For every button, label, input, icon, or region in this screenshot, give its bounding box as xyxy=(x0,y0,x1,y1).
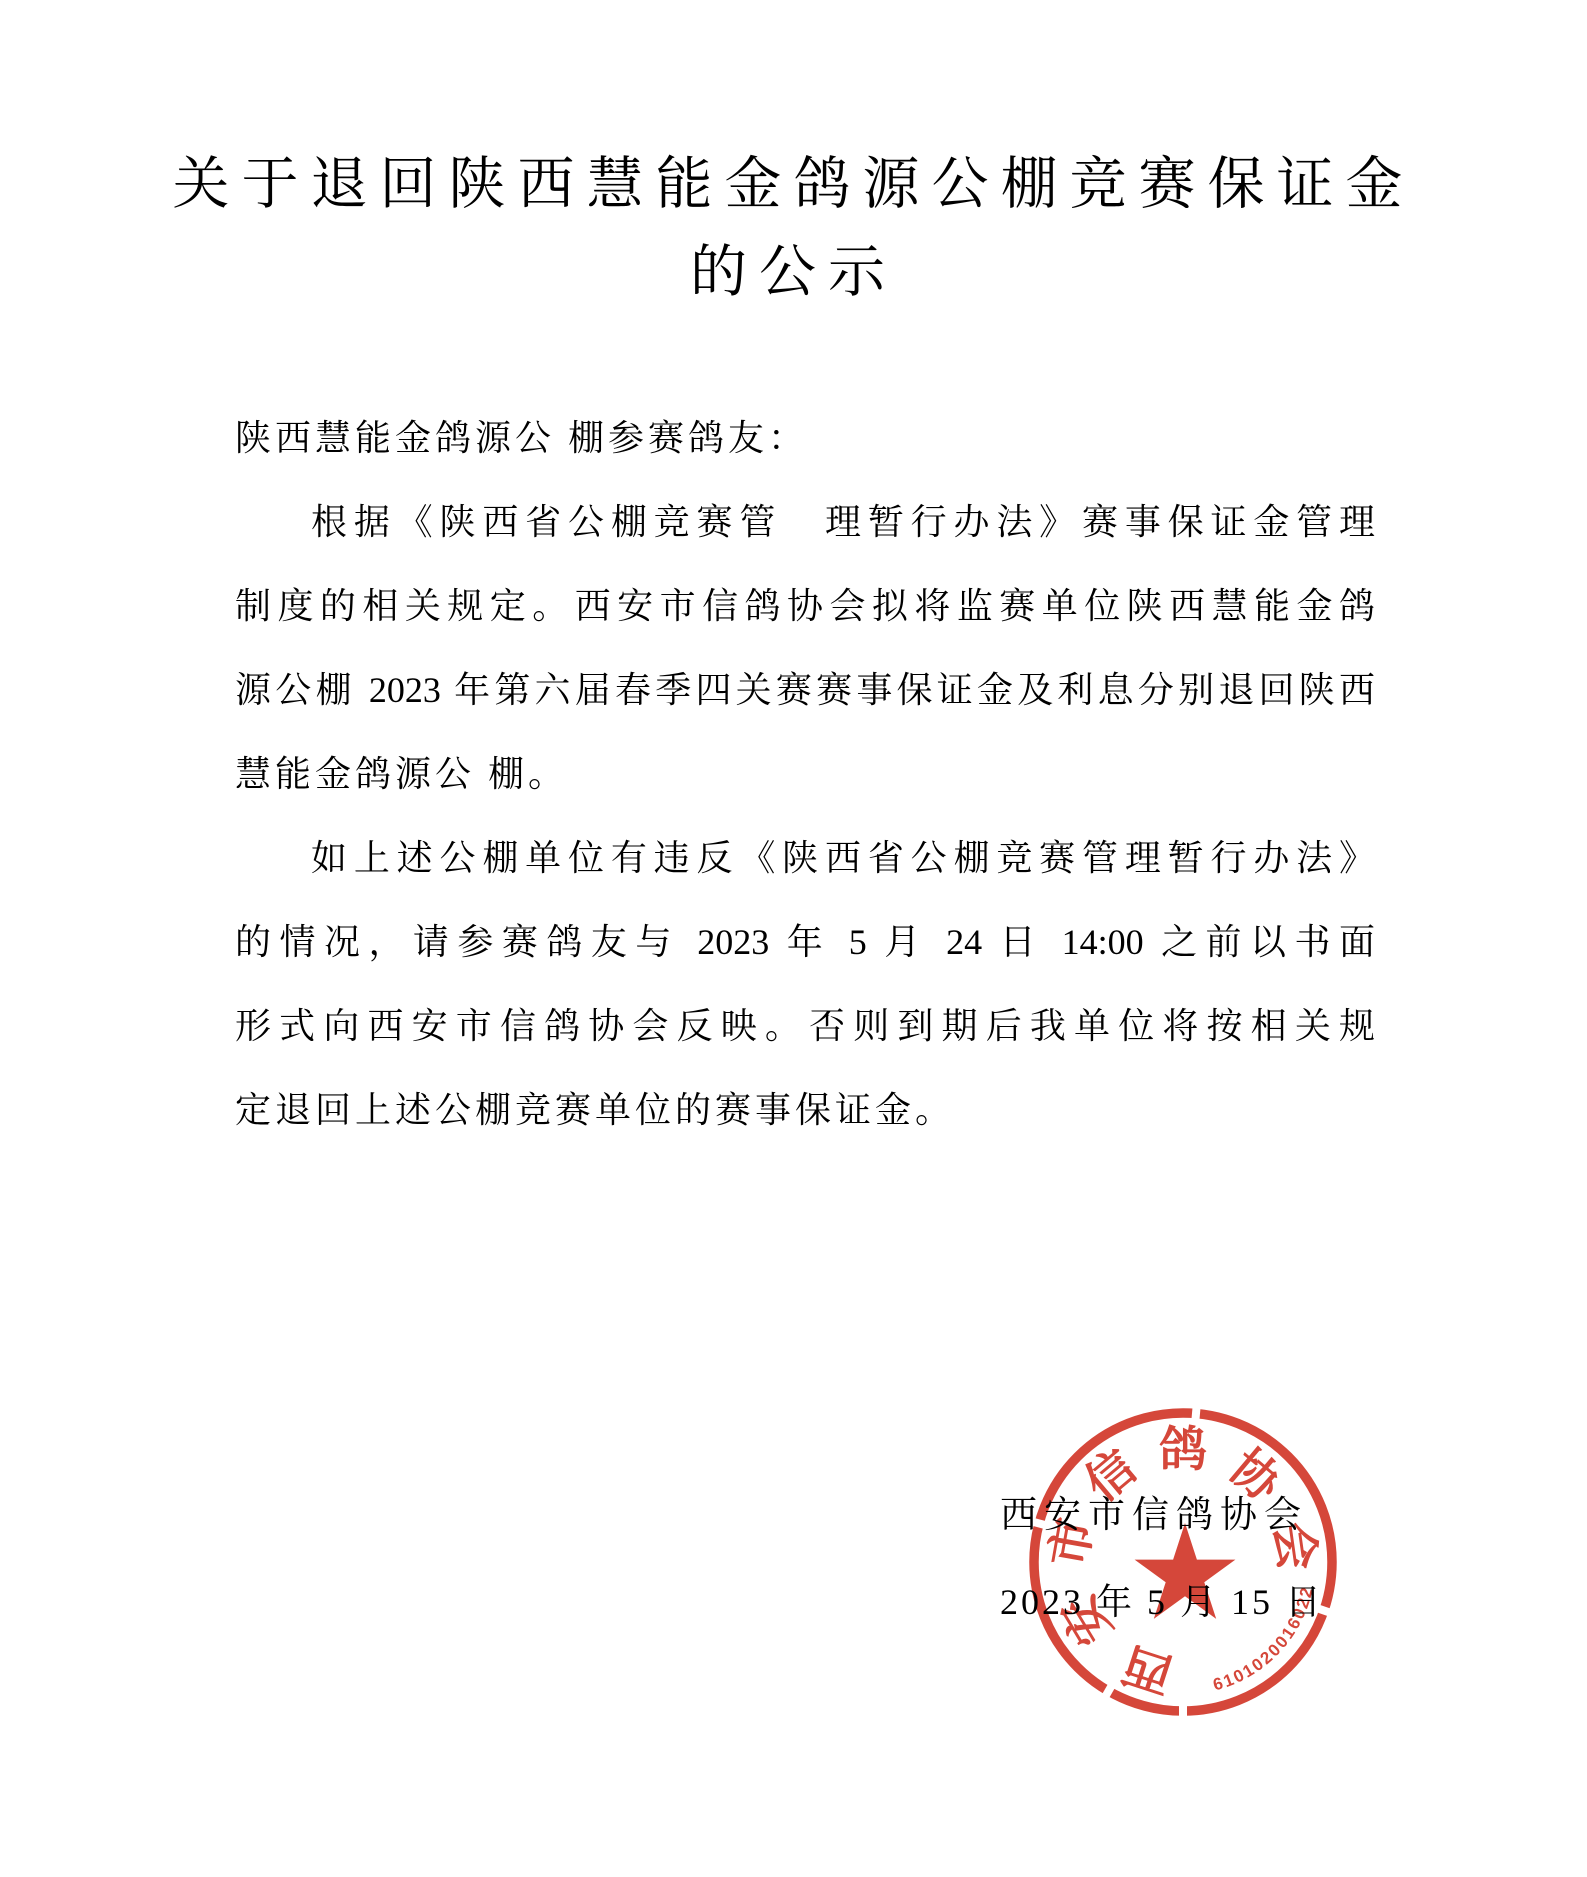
body-line: 源公棚 2023 年第六届春季四关赛赛事保证金及利息分别退回陕西 xyxy=(235,648,1375,732)
title-line-2: 的公示 xyxy=(0,229,1587,317)
signature-org: 西安市信鸽协会 xyxy=(1000,1492,1308,1538)
body-line: 陕西慧能金鸽源公 棚参赛鸽友： xyxy=(235,396,1375,480)
seal-ring-notch xyxy=(1191,1404,1201,1423)
title-line-1: 关于退回陕西慧能金鸽源公棚竞赛保证金 xyxy=(0,141,1587,229)
body-line: 定退回上述公棚竞赛单位的赛事保证金。 xyxy=(235,1068,1375,1152)
seal-org-char: 鸽 xyxy=(1159,1424,1207,1477)
signature-date: 2023 年 5 月 15 日 xyxy=(1000,1580,1324,1624)
body-line: 根据《陕西省公棚竞赛管 理暂行办法》赛事保证金管理 xyxy=(235,480,1375,564)
seal-ring-notch xyxy=(1179,1702,1187,1720)
body-line: 制度的相关规定。西安市信鸽协会拟将监赛单位陕西慧能金鸽 xyxy=(235,564,1375,648)
document-body: 陕西慧能金鸽源公 棚参赛鸽友：根据《陕西省公棚竞赛管 理暂行办法》赛事保证金管理… xyxy=(235,396,1375,1152)
body-line: 形式向西安市信鸽协会反映。否则到期后我单位将按相关规 xyxy=(235,984,1375,1068)
body-line: 如上述公棚单位有违反《陕西省公棚竞赛管理暂行办法》 xyxy=(235,816,1375,900)
seal-org-char: 西 xyxy=(1117,1636,1179,1701)
official-seal: 西安市信鸽协会 6101020016022 xyxy=(1013,1392,1353,1732)
document-page: 关于退回陕西慧能金鸽源公棚竞赛保证金 的公示 陕西慧能金鸽源公 棚参赛鸽友：根据… xyxy=(0,0,1587,1877)
document-title: 关于退回陕西慧能金鸽源公棚竞赛保证金 的公示 xyxy=(0,141,1587,317)
body-line: 慧能金鸽源公 棚。 xyxy=(235,732,1375,816)
body-line: 的情况，请参赛鸽友与 2023 年 5 月 24 日 14:00 之前以书面 xyxy=(235,900,1375,984)
